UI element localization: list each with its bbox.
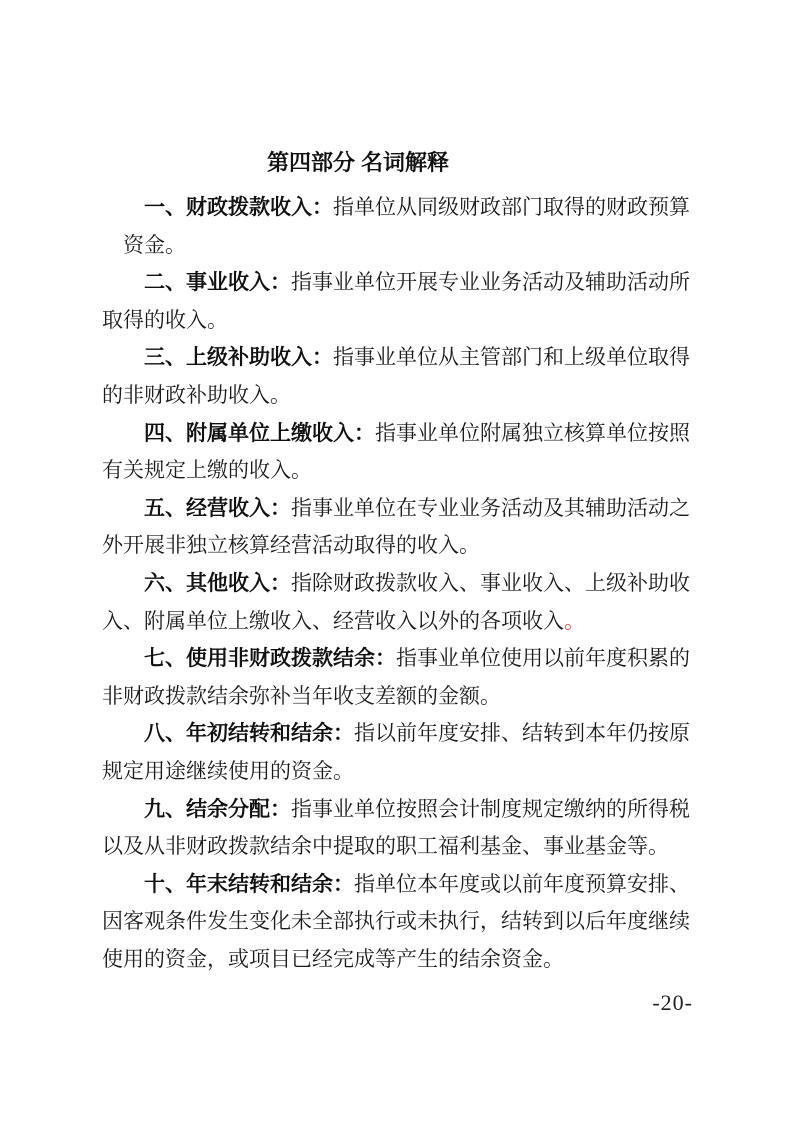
term-label: 五、经营收入：	[144, 496, 291, 520]
term-label: 二、事业收入：	[144, 270, 291, 294]
page-content: 第四部分 名词解释 一、财政拨款收入：指单位从同级财政部门取得的财政预算资金。 …	[102, 145, 690, 978]
definition-item: 二、事业收入：指事业单位开展专业业务活动及辅助活动所取得的收入。	[102, 264, 690, 339]
definition-item: 五、经营收入：指事业单位在专业业务活动及其辅助活动之外开展非独立核算经营活动取得…	[102, 490, 690, 565]
term-label: 三、上级补助收入：	[144, 345, 333, 369]
definition-item: 一、财政拨款收入：指单位从同级财政部门取得的财政预算资金。	[102, 189, 690, 264]
page-number: -20-	[652, 992, 693, 1014]
definition-item: 七、使用非财政拨款结余：指事业单位使用以前年度积累的非财政拨款结余弥补当年收支差…	[102, 640, 690, 715]
term-label: 六、其他收入：	[144, 571, 291, 595]
definition-item: 三、上级补助收入：指事业单位从主管部门和上级单位取得的非财政补助收入。	[102, 339, 690, 414]
term-label: 八、年初结转和结余：	[144, 721, 354, 745]
definition-item: 六、其他收入：指除财政拨款收入、事业收入、上级补助收入、附属单位上缴收入、经营收…	[102, 565, 690, 640]
term-label: 九、结余分配：	[144, 797, 291, 821]
definition-item: 八、年初结转和结余：指以前年度安排、结转到本年仍按原规定用途继续使用的资金。	[102, 715, 690, 790]
definition-item: 四、附属单位上缴收入：指事业单位附属独立核算单位按照有关规定上缴的收入。	[102, 415, 690, 490]
definition-item: 九、结余分配：指事业单位按照会计制度规定缴纳的所得税以及从非财政拨款结余中提取的…	[102, 791, 690, 866]
term-label: 四、附属单位上缴收入：	[144, 421, 375, 445]
red-period: 。	[564, 609, 585, 633]
document-page: 第四部分 名词解释 一、财政拨款收入：指单位从同级财政部门取得的财政预算资金。 …	[0, 0, 793, 1122]
term-label: 七、使用非财政拨款结余：	[144, 646, 396, 670]
term-label: 一、财政拨款收入：	[144, 195, 333, 219]
page-title: 第四部分 名词解释	[64, 145, 652, 181]
term-label: 十、年末结转和结余：	[144, 872, 354, 896]
definition-item: 十、年末结转和结余：指单位本年度或以前年度预算安排、因客观条件发生变化未全部执行…	[102, 866, 690, 979]
